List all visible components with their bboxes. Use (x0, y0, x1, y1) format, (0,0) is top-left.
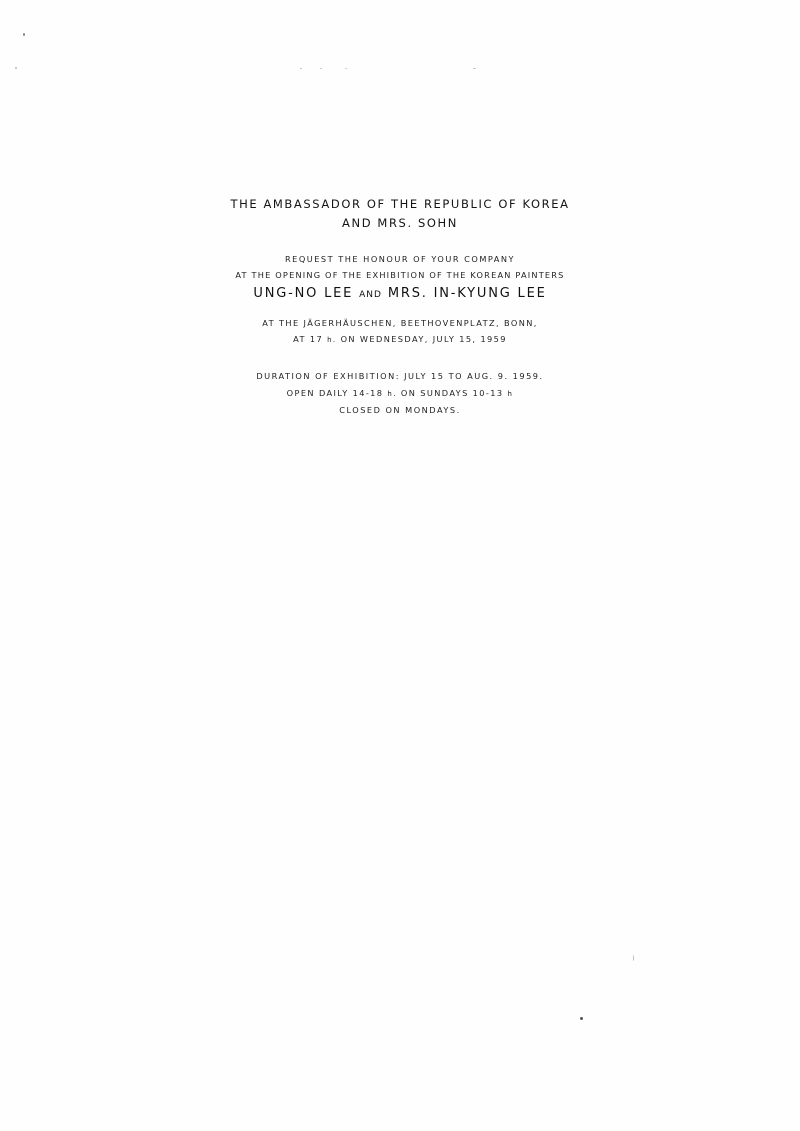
painter-name-1: UNG-NO LEE (253, 286, 353, 301)
painter-name-2: MRS. IN-KYUNG LEE (388, 286, 547, 301)
sunday-hours: ON SUNDAYS 10-13 (401, 388, 504, 398)
hosts-line-2: AND MRS. SOHN (0, 216, 800, 230)
request-line-2: AT THE OPENING OF THE EXHIBITION OF THE … (0, 270, 800, 280)
sunday-hours-unit: h (508, 390, 514, 398)
venue-line-2: AT 17 h. ON WEDNESDAY, JULY 15, 1959 (0, 334, 800, 344)
opening-time: AT 17 (293, 334, 323, 344)
opening-time-unit: h. (327, 336, 336, 344)
painters-conjunction: AND (359, 290, 382, 300)
painters-line: UNG-NO LEE AND MRS. IN-KYUNG LEE (0, 286, 800, 301)
scan-speck (345, 68, 347, 69)
scan-speck (473, 68, 476, 69)
scan-speck (23, 33, 25, 36)
scanned-page: THE AMBASSADOR OF THE REPUBLIC OF KOREA … (0, 0, 800, 1131)
weekday-hours: OPEN DAILY 14-18 (287, 388, 384, 398)
closed-days: CLOSED ON MONDAYS. (0, 405, 800, 415)
opening-date: ON WEDNESDAY, JULY 15, 1959 (341, 334, 507, 344)
exhibition-duration: DURATION OF EXHIBITION: JULY 15 TO AUG. … (0, 371, 800, 381)
scan-speck (300, 68, 302, 69)
request-line-1: REQUEST THE HONOUR OF YOUR COMPANY (0, 254, 800, 264)
scan-speck (320, 68, 322, 69)
venue-line-1: AT THE JÄGERHÄUSCHEN, BEETHOVENPLATZ, BO… (0, 318, 800, 328)
scan-speck (15, 67, 17, 69)
scan-speck (580, 1017, 583, 1020)
weekday-hours-unit: h. (387, 390, 396, 398)
opening-hours: OPEN DAILY 14-18 h. ON SUNDAYS 10-13 h (0, 388, 800, 398)
hosts-line-1: THE AMBASSADOR OF THE REPUBLIC OF KOREA (0, 197, 800, 211)
scan-speck (633, 955, 634, 961)
